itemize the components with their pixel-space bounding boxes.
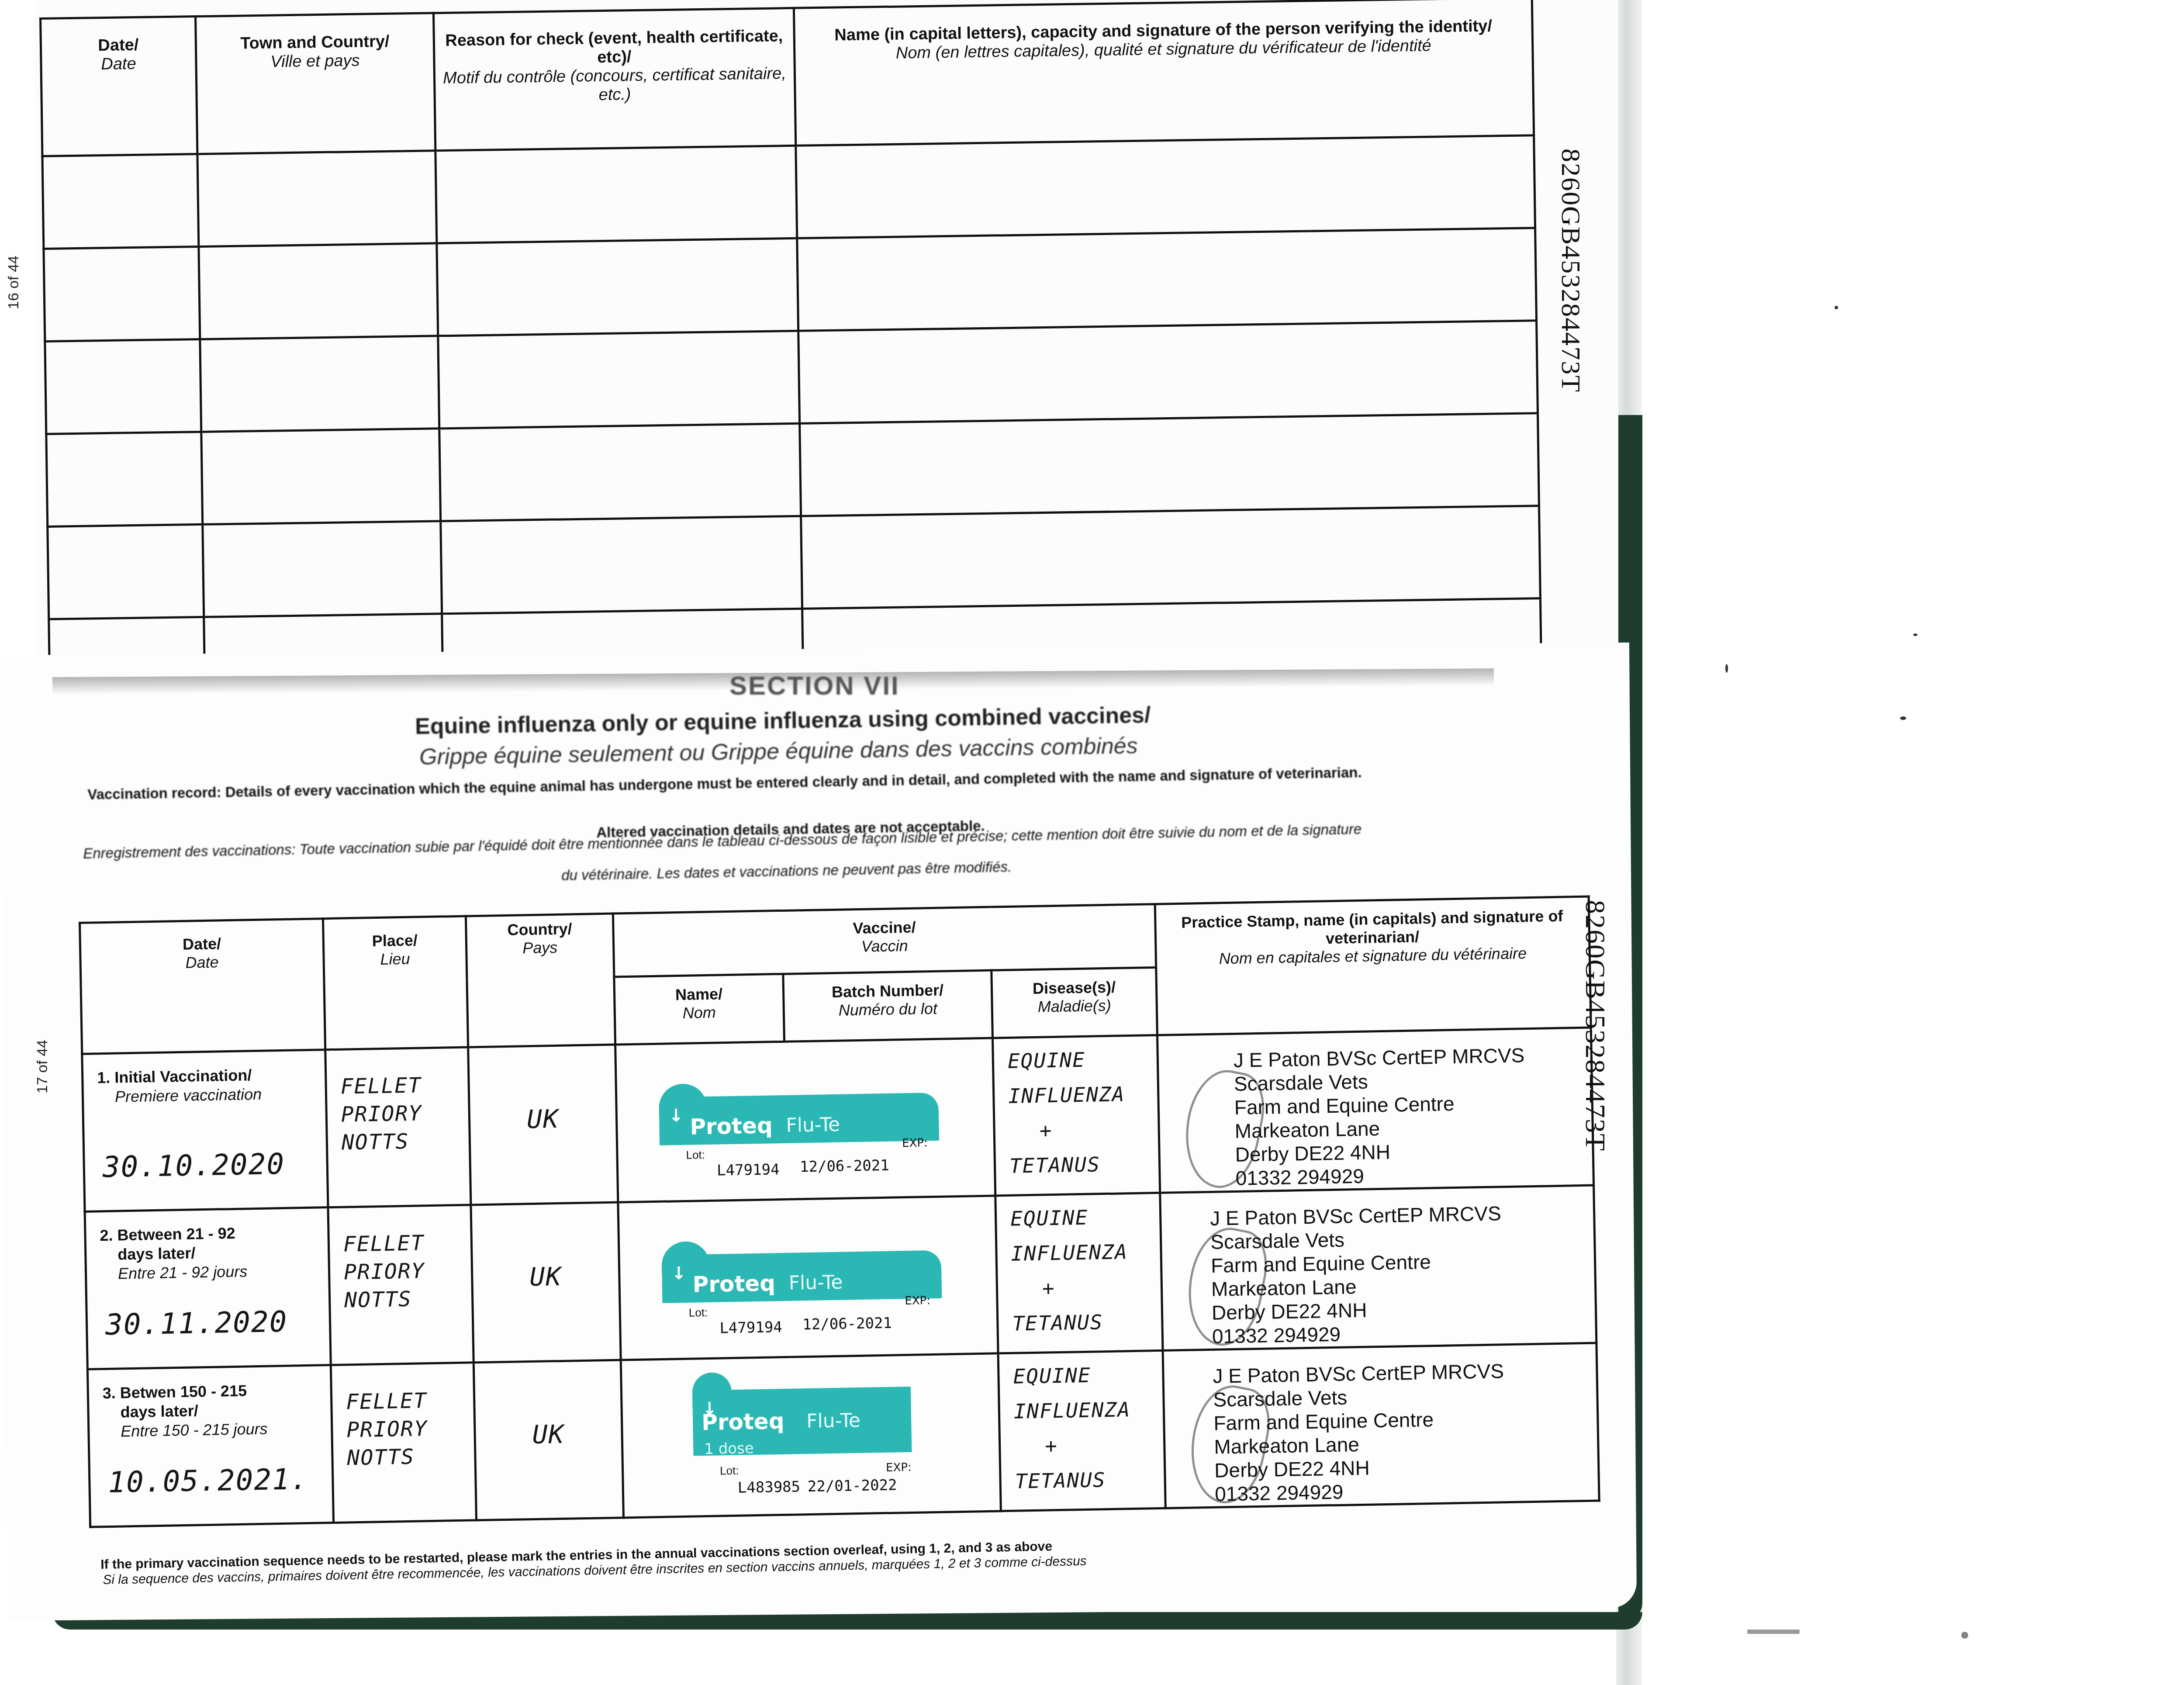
cell[interactable] [46, 432, 203, 526]
cell[interactable] [44, 246, 200, 341]
col-header-vaccine-name: Name/ Nom [614, 974, 784, 1045]
handwritten-date: 30.10.2020 [102, 1147, 285, 1184]
cell[interactable] [441, 516, 802, 613]
col-header-diseases: Disease(s)/ Maladie(s) [992, 967, 1158, 1038]
cell[interactable] [797, 228, 1537, 331]
cell[interactable] [203, 521, 442, 617]
cell[interactable] [48, 524, 204, 619]
batch-number: L483985 [737, 1478, 800, 1496]
date-cell[interactable]: 2. Between 21 - 92 days later/ Entre 21 … [85, 1208, 331, 1370]
scan-speck [1961, 1632, 1968, 1639]
dose-label: 3. Betwen 150 - 215 days later/ Entre 15… [89, 1367, 331, 1442]
vaccination-table: Date/ Date Place/ Lieu Country/ Pays Vac… [79, 896, 1600, 1528]
cell[interactable] [801, 506, 1541, 609]
country-cell[interactable]: UK [471, 1202, 621, 1363]
col-header-reason: Reason for check (event, health certific… [433, 8, 795, 150]
disease-cell[interactable]: EQUINE INFLUENZA + TETANUS [995, 1193, 1163, 1353]
cell[interactable] [437, 238, 798, 336]
identity-check-table: Date/ Date Town and Country/ Ville et pa… [39, 0, 1543, 713]
col-header-vaccine: Vaccine/ Vaccin [613, 904, 1156, 977]
col-header-verifier: Name (in capital letters), capacity and … [794, 0, 1534, 145]
cell[interactable] [438, 331, 800, 428]
dose-count: 1 dose [704, 1439, 754, 1458]
scan-speck [1913, 633, 1918, 636]
handwritten-date: 30.11.2020 [105, 1305, 288, 1342]
practice-stamp: J E Paton BVSc CertEP MRCVS Scarsdale Ve… [1159, 1029, 1592, 1191]
practice-stamp-cell[interactable]: J E Paton BVSc CertEP MRCVS Scarsdale Ve… [1157, 1028, 1593, 1193]
vaccine-sticker: ↓ Proteq Flu-Te 1 dose Lot: EXP: L483985… [692, 1385, 973, 1473]
page-number-lower: 17 of 44 [34, 1040, 51, 1093]
batch-number: L479194 [719, 1318, 782, 1337]
expiry-date: 12/06-2021 [802, 1315, 892, 1334]
scan-speck [1747, 1630, 1800, 1634]
expiry-date: 12/06-2021 [800, 1157, 889, 1176]
arrow-down-icon: ↓ [669, 1106, 684, 1126]
cell[interactable] [796, 135, 1535, 239]
practice-stamp: J E Paton BVSc CertEP MRCVS Scarsdale Ve… [1161, 1187, 1595, 1349]
cell[interactable] [200, 336, 439, 432]
dose-label: 1. Initial Vaccination/ Premiere vaccina… [83, 1051, 325, 1107]
table-row: 1. Initial Vaccination/ Premiere vaccina… [82, 1028, 1594, 1211]
batch-number: L479194 [717, 1161, 780, 1179]
vaccine-sticker: ↓ Proteq Flu-Te Lot: EXP: L479194 12/06-… [662, 1250, 943, 1338]
handwritten-date: 10.05.2021. [108, 1462, 309, 1499]
cell[interactable] [42, 154, 199, 249]
table-row: 3. Betwen 150 - 215 days later/ Entre 15… [87, 1343, 1599, 1527]
practice-stamp: J E Paton BVSc CertEP MRCVS Scarsdale Ve… [1165, 1345, 1598, 1507]
vaccine-label-cell[interactable]: ↓ Proteq Flu-Te Lot: EXP: L479194 12/06-… [615, 1038, 995, 1202]
expiry-date: 22/01-2022 [807, 1477, 897, 1496]
cell[interactable] [45, 339, 201, 434]
col-header-place: Place/ Lieu [323, 916, 468, 1050]
passport-id-upper: 8260GB453284473T [1555, 149, 1586, 393]
scan-speck [1725, 664, 1728, 673]
cell[interactable] [199, 243, 438, 339]
table-row: 2. Between 21 - 92 days later/ Entre 21 … [85, 1185, 1597, 1369]
cell[interactable] [197, 151, 437, 247]
vaccine-label-cell[interactable]: ↓ Proteq Flu-Te Lot: EXP: L479194 12/06-… [618, 1196, 998, 1360]
country-cell[interactable]: UK [473, 1360, 623, 1520]
col-header-date: Date/ Date [80, 919, 325, 1054]
vaccine-sticker: ↓ Proteq Flu-Te Lot: EXP: L479194 12/06-… [659, 1093, 940, 1180]
col-header-practice-stamp: Practice Stamp, name (in capitals) and s… [1155, 896, 1591, 1035]
col-header-date: Date/ Date [41, 17, 197, 156]
page-number-upper: 16 of 44 [5, 256, 22, 309]
cell[interactable] [800, 413, 1539, 516]
section-title: SECTION VII [729, 671, 900, 701]
date-cell[interactable]: 1. Initial Vaccination/ Premiere vaccina… [82, 1050, 328, 1212]
cell[interactable] [201, 429, 441, 525]
scan-speck [1900, 716, 1906, 720]
col-header-town-country: Town and Country/ Ville et pays [196, 13, 435, 154]
practice-stamp-cell[interactable]: J E Paton BVSc CertEP MRCVS Scarsdale Ve… [1160, 1185, 1597, 1350]
date-cell[interactable]: 3. Betwen 150 - 215 days later/ Entre 15… [87, 1365, 333, 1527]
place-cell[interactable]: FELLET PRIORY NOTTS [325, 1047, 471, 1208]
vaccine-label-cell[interactable]: ↓ Proteq Flu-Te 1 dose Lot: EXP: L483985… [621, 1353, 1001, 1518]
dose-label: 2. Between 21 - 92 days later/ Entre 21 … [86, 1209, 328, 1284]
arrow-down-icon: ↓ [671, 1263, 686, 1284]
cell[interactable] [798, 321, 1538, 424]
col-header-batch-number: Batch Number/ Numéro du lot [783, 970, 993, 1041]
col-header-country: Country/ Pays [466, 913, 615, 1047]
scan-speck [1835, 306, 1838, 309]
place-cell[interactable]: FELLET PRIORY NOTTS [331, 1363, 476, 1523]
place-cell[interactable]: FELLET PRIORY NOTTS [328, 1205, 473, 1365]
country-cell[interactable]: UK [468, 1045, 618, 1205]
disease-cell[interactable]: EQUINE INFLUENZA + TETANUS [998, 1350, 1165, 1511]
cell[interactable] [439, 423, 801, 521]
cell[interactable] [435, 145, 797, 243]
practice-stamp-cell[interactable]: J E Paton BVSc CertEP MRCVS Scarsdale Ve… [1163, 1343, 1599, 1508]
disease-cell[interactable]: EQUINE INFLUENZA + TETANUS [992, 1035, 1160, 1196]
